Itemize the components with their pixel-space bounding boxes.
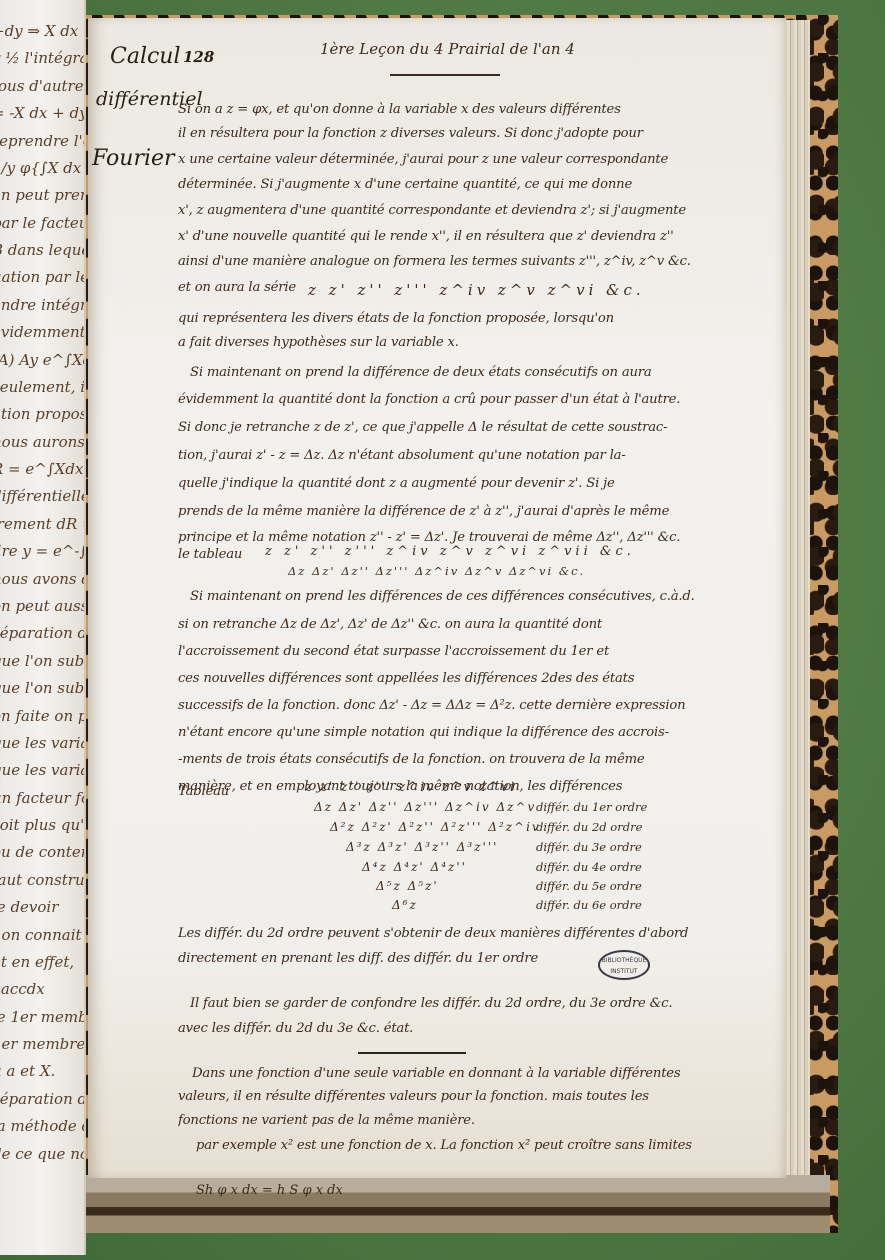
facing-left-page: +dy ⇒ X dxy ½ l'intégrationtous d'autres… (0, 0, 86, 1255)
left-page-text-fragment: faut construire (0, 871, 86, 889)
left-page-text-fragment: de ce que nous (0, 1145, 86, 1163)
left-page-text-fragment: que l'on substitue c'est (0, 679, 86, 697)
text-line: Si on a z = φx, et qu'on donne à la vari… (178, 101, 788, 119)
left-page-text-fragment: tous d'autres (0, 77, 86, 95)
text-line: x', z augmentera d'une quantité correspo… (178, 202, 788, 220)
text-line: Si donc je retranche z de z', ce que j'a… (178, 419, 788, 437)
text-line: Si maintenant on prend la différence de … (190, 364, 800, 382)
left-page-text-fragment: que les variables (0, 761, 86, 779)
tableau-caption: différ. du 3e ordre (536, 840, 642, 854)
left-page-text-fragment: B dans lequel (0, 241, 86, 259)
text-line: ces nouvelles différences sont appellées… (178, 670, 788, 688)
tableau-caption: différ. du 1er ordre (536, 800, 647, 814)
left-page-text-fragment: en peut prendre (0, 186, 86, 204)
left-page-text-fragment: +dy ⇒ X dx (0, 22, 78, 40)
page-number: 128 (183, 48, 214, 66)
left-page-text-fragment: reprendre l'équa (0, 132, 86, 150)
left-page-text-fragment: et en effet, (0, 953, 74, 971)
left-page-text-fragment: la méthode du (0, 1117, 86, 1135)
text-line: qui représentera les divers états de la … (178, 310, 788, 328)
left-page-text-fragment: ation proposée (0, 405, 86, 423)
tableau-row: Δz Δz' Δz'' Δz''' Δz^iv Δz^v (314, 800, 536, 814)
text-line: quelle j'indique la quantité dont z a au… (178, 475, 788, 493)
margin-author: Fourier (92, 146, 175, 171)
text-line: Il faut bien se garder de confondre les … (190, 995, 800, 1013)
library-stamp: BIBLIOTHÈQUE INSTITUT (598, 950, 650, 980)
left-page-text-fragment: = -X dx + dy/y (0, 104, 86, 122)
text-line: x' d'une nouvelle quantité qui le rende … (178, 228, 788, 246)
tableau-row: z z' z'' z''' z^iv z^v z^vi z^vii &c. (265, 544, 635, 559)
text-line: x une certaine valeur déterminée, j'aura… (178, 151, 788, 169)
left-page-text-fragment: 1er membre (0, 1035, 85, 1053)
tableau-row: Δ²z Δ²z' Δ²z'' Δ²z''' Δ²z^iv (330, 820, 541, 834)
left-page-text-fragment: le devoir (0, 898, 58, 916)
series-formula: z z' z'' z''' z^iv z^v z^vi &c. (308, 281, 645, 299)
left-page-text-fragment: on peut aussi (0, 597, 86, 615)
left-page-text-fragment: irement dR = -B (0, 515, 86, 533)
left-page-text-fragment: 1/y φ{∫X dx + dy/y (0, 159, 86, 177)
margin-subject-calcul: Calcul (110, 44, 181, 69)
text-line: directement en prenant les diff. des dif… (178, 950, 578, 968)
tableau-caption: différ. du 2d ordre (536, 820, 642, 834)
text-line: avec les différ. du 2d du 3e &c. état. (178, 1020, 788, 1038)
left-page-text-fragment: évidemment inté (0, 323, 86, 341)
left-page-text-fragment: séparation des (0, 1090, 86, 1108)
text-line: prends de la même manière la différence … (178, 503, 788, 521)
tableau-label: le tableau (178, 546, 258, 564)
text-line: successifs de la fonction. donc Δz' - Δz… (178, 697, 788, 715)
text-line: Dans une fonction d'une seule variable e… (192, 1065, 802, 1083)
tableau-row: Δ⁵z Δ⁵z' (376, 879, 439, 893)
left-page-text-fragment: nous aurons donc (0, 433, 86, 451)
text-line: déterminée. Si j'augmente x d'une certai… (178, 176, 788, 194)
left-page-text-fragment: on faite on parvient (0, 707, 86, 725)
footer-formula: Sh φ x dx = h S φ x dx (196, 1183, 343, 1198)
left-page-text-fragment: u a et X. (0, 1062, 55, 1080)
left-page-text-fragment: endre intégrale (0, 296, 86, 314)
stamp-line1: BIBLIOTHÈQUE (600, 955, 648, 966)
tableau-caption: différ. du 6e ordre (536, 898, 642, 912)
left-page-text-fragment: (A) Ay e^∫Xdx (0, 351, 86, 369)
section-divider (358, 1052, 466, 1054)
tableau-row: Δ⁶z (392, 898, 418, 912)
text-line: n'étant encore qu'une simple notation qu… (178, 724, 788, 742)
left-page-text-fragment: R = e^∫Xdx dy + (0, 460, 86, 478)
tableau-caption: différ. du 5e ordre (536, 879, 642, 893)
text-line: valeurs, il en résulte différentes valeu… (178, 1088, 788, 1106)
left-page-text-fragment: que les variables (0, 734, 86, 752)
tableau-row: Δ⁴z Δ⁴z' Δ⁴z'' (362, 860, 467, 874)
left-page-text-fragment: que l'on substitue (0, 652, 86, 670)
tableau-row: Δ³z Δ³z' Δ³z'' Δ³z''' (346, 840, 498, 854)
left-page-text-fragment: seulement, il (0, 378, 86, 396)
text-line: tion, j'aurai z' - z = Δz. Δz n'étant ab… (178, 447, 788, 465)
tableau-caption: différ. du 4e ordre (536, 860, 642, 874)
left-page-text-fragment: un facteur fonction (0, 789, 86, 807)
left-page-text-fragment: ou de contenir (0, 843, 86, 861)
text-line: ainsi d'une manière analogue on formera … (178, 253, 788, 271)
left-page-text-fragment: lire y = e^-∫Xdx (0, 542, 86, 560)
header-underline (390, 74, 500, 76)
text-line: par exemple x² est une fonction de x. La… (196, 1137, 806, 1155)
left-page-text-fragment: par le facteur (0, 214, 86, 232)
left-page-text-fragment: le 1er membre (0, 1008, 86, 1026)
left-page-text-fragment: séparation des vari (0, 624, 86, 642)
tableau-label: Tableau (178, 783, 248, 801)
left-page-text-fragment: eaccdx (0, 980, 45, 998)
tableau-row: z z' z'' z''' z^iv z^v z^vi (305, 780, 516, 795)
left-page-text-fragment: , on connait (0, 926, 82, 944)
left-page-text-fragment: y ½ l'intégration (0, 49, 86, 67)
stamp-line2: INSTITUT (600, 966, 648, 977)
left-page-text-fragment: différentielle (A) (0, 487, 86, 505)
text-line: il en résultera pour la fonction z diver… (178, 125, 788, 143)
text-line: Si maintenant on prend les différences d… (190, 588, 800, 606)
text-line: l'accroissement du second état surpasse … (178, 643, 788, 661)
text-line: si on retranche Δz de Δz', Δz' de Δz'' &… (178, 616, 788, 634)
left-page-text-fragment: uation par le facteur (0, 268, 86, 286)
lesson-header: 1ère Leçon du 4 Prairial de l'an 4 (320, 40, 575, 58)
text-line: Les différ. du 2d ordre peuvent s'obteni… (178, 925, 788, 943)
text-line: évidemment la quantité dont la fonction … (178, 391, 788, 409)
text-line: a fait diverses hypothèses sur la variab… (178, 334, 788, 352)
left-page-text-fragment: nous avons déjà (0, 570, 86, 588)
left-page-text-fragment: soit plus qu'un (0, 816, 86, 834)
tableau-row: Δz Δz' Δz'' Δz''' Δz^iv Δz^v Δz^vi &c. (288, 564, 585, 578)
text-line: fonctions ne varient pas de la même mani… (178, 1112, 788, 1130)
bottom-binding-edge (70, 1175, 830, 1233)
text-line: -ments de trois états consécutifs de la … (178, 751, 788, 769)
